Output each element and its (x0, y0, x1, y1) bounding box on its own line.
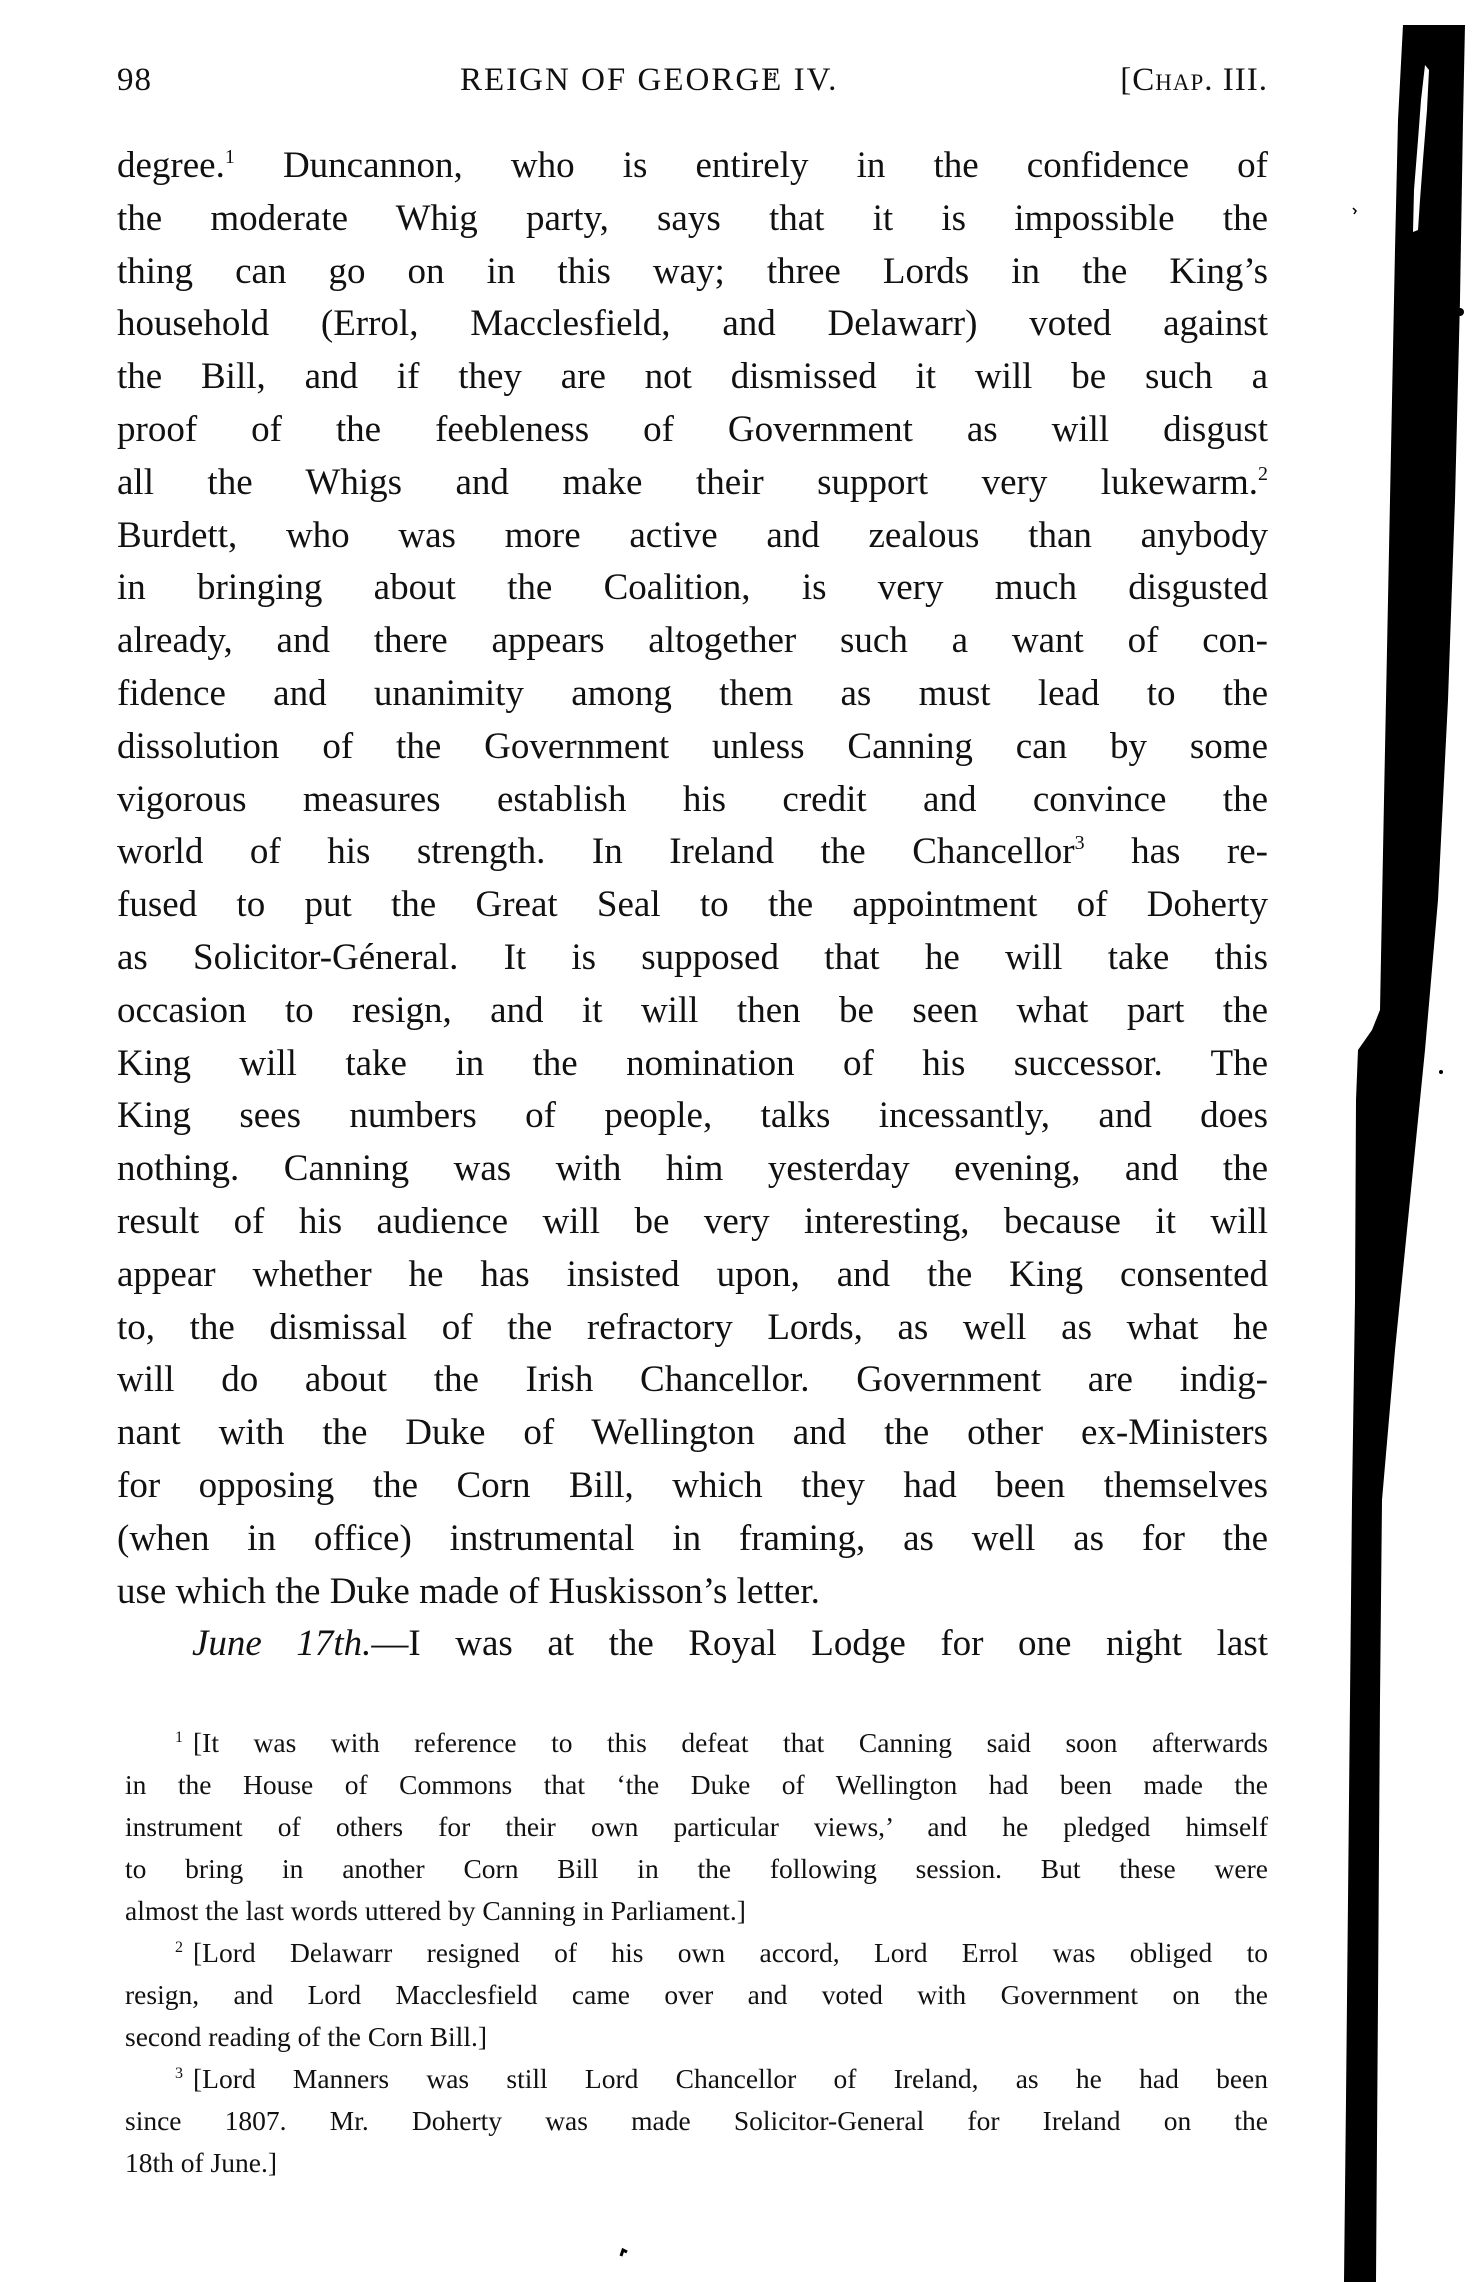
footnote-line: 1[It was with reference to this defeat t… (125, 1722, 1268, 1764)
stray-print-mark: ˮ (768, 70, 777, 90)
footnote-line: second reading of the Corn Bill.] (125, 2016, 1268, 2058)
body-line: proof of the feebleness of Government as… (117, 404, 1268, 457)
footnote-3: 3[Lord Manners was still Lord Chancellor… (125, 2058, 1268, 2184)
body-line: as Solicitor-Géneral. It is supposed tha… (117, 932, 1268, 985)
body-line: occasion to resign, and it will then be … (117, 985, 1268, 1038)
body-line: nothing. Canning was with him yesterday … (117, 1143, 1268, 1196)
page-number: 98 (117, 62, 152, 99)
chapter-text: Chap. III. (1132, 62, 1268, 98)
footnote-1: 1[It was with reference to this defeat t… (125, 1722, 1268, 1932)
body-line: in bringing about the Coalition, is very… (117, 562, 1268, 615)
footnote-marker: 2 (175, 1939, 183, 1956)
body-line: (when in office) instrumental in framing… (117, 1513, 1268, 1566)
body-line: to, the dismissal of the refractory Lord… (117, 1302, 1268, 1355)
running-title: REIGN OF GEORGE IV. (460, 62, 838, 99)
footnote-marker: 1 (175, 1729, 183, 1746)
body-line: will do about the Irish Chancellor. Gove… (117, 1354, 1268, 1407)
body-line: result of his audience will be very inte… (117, 1196, 1268, 1249)
footnote-ref-1[interactable]: 1 (225, 146, 235, 168)
body-text: degree.1 Duncannon, who is entirely in t… (117, 140, 1268, 1671)
footnote-2: 2[Lord Delawarr resigned of his own acco… (125, 1932, 1268, 2058)
body-line: appear whether he has insisted upon, and… (117, 1249, 1268, 1302)
body-line: King will take in the nomination of his … (117, 1038, 1268, 1091)
footnote-line: resign, and Lord Macclesfield came over … (125, 1974, 1268, 2016)
body-line: household (Errol, Macclesfield, and Dela… (117, 298, 1268, 351)
footnote-line: 18th of June.] (125, 2142, 1268, 2184)
footnotes: 1[It was with reference to this defeat t… (125, 1722, 1268, 2184)
body-line: use which the Duke made of Huskisson’s l… (117, 1566, 1268, 1619)
body-line: fidence and unanimity among them as must… (117, 668, 1268, 721)
diary-entry-line: June 17th.—I was at the Royal Lodge for … (117, 1618, 1268, 1671)
body-line: dissolution of the Government unless Can… (117, 721, 1268, 774)
footnote-line: to bring in another Corn Bill in the fol… (125, 1848, 1268, 1890)
footnote-ref-3[interactable]: 3 (1075, 832, 1085, 854)
running-header: 98 REIGN OF GEORGE IV. [Chap. III. (117, 62, 1268, 106)
chapter-label: [Chap. III. (1120, 62, 1268, 99)
body-line: all the Whigs and make their support ver… (117, 457, 1268, 510)
footnote-line: 3[Lord Manners was still Lord Chancellor… (125, 2058, 1268, 2100)
body-line: fused to put the Great Seal to the appoi… (117, 879, 1268, 932)
body-line: vigorous measures establish his credit a… (117, 774, 1268, 827)
footnote-ref-2[interactable]: 2 (1258, 463, 1268, 485)
body-line: the Bill, and if they are not dismissed … (117, 351, 1268, 404)
footnote-marker: 3 (175, 2065, 183, 2082)
chapter-bracket: [ (1120, 62, 1132, 98)
body-line: Burdett, who was more active and zealous… (117, 510, 1268, 563)
footnote-line: 2[Lord Delawarr resigned of his own acco… (125, 1932, 1268, 1974)
body-line: nant with the Duke of Wellington and the… (117, 1407, 1268, 1460)
entry-date: June 17th. (192, 1623, 371, 1664)
book-page: 98 REIGN OF GEORGE IV. [Chap. III. ˮ deg… (0, 0, 1482, 2282)
footnote-line: in the House of Commons that ‘the Duke o… (125, 1764, 1268, 1806)
body-line: degree.1 Duncannon, who is entirely in t… (117, 140, 1268, 193)
body-line: world of his strength. In Ireland the Ch… (117, 826, 1268, 879)
body-line: King sees numbers of people, talks inces… (117, 1090, 1268, 1143)
footnote-line: since 1807. Mr. Doherty was made Solicit… (125, 2100, 1268, 2142)
body-line: already, and there appears altogether su… (117, 615, 1268, 668)
footnote-line: almost the last words uttered by Canning… (125, 1890, 1268, 1932)
body-line: for opposing the Corn Bill, which they h… (117, 1460, 1268, 1513)
body-line: the moderate Whig party, says that it is… (117, 193, 1268, 246)
body-line: thing can go on in this way; three Lords… (117, 246, 1268, 299)
footnote-line: instrument of others for their own parti… (125, 1806, 1268, 1848)
